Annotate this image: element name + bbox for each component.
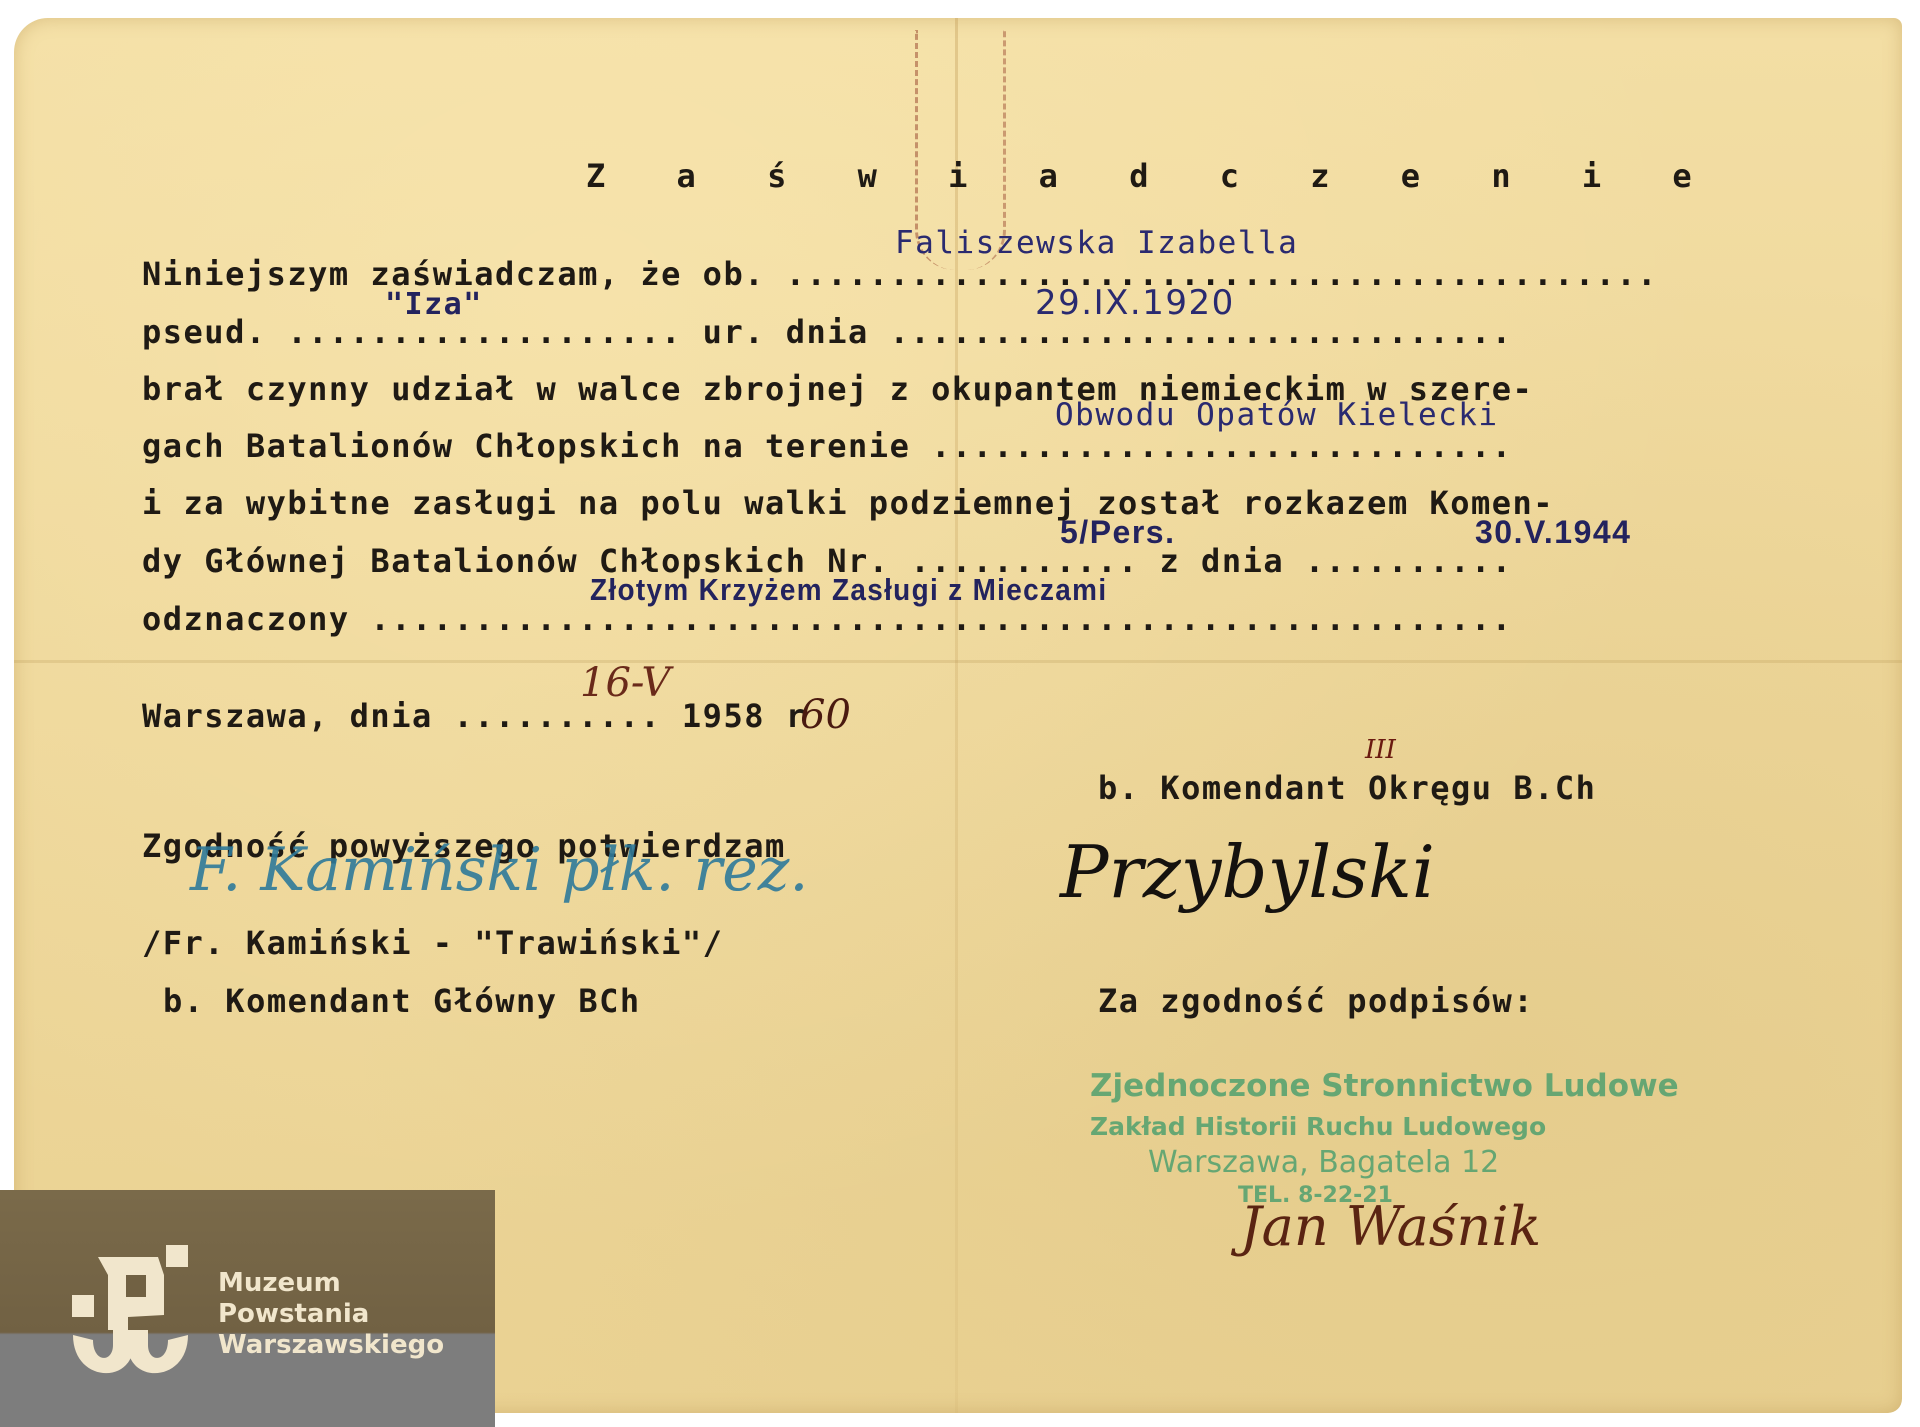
museum-name-line-3: Warszawskiego [218, 1330, 444, 1361]
museum-name-line-2: Powstania [218, 1299, 444, 1330]
line-1: Niniejszym zaświadczam, że ob. .........… [142, 258, 1658, 290]
museum-watermark: Muzeum Powstania Warszawskiego [0, 1190, 495, 1427]
left-role: b. Komendant Główny BCh [163, 985, 641, 1017]
left-name: /Fr. Kamiński - "Trawiński"/ [142, 927, 723, 959]
stamp-line-1: Zjednoczone Stronnictwo Ludowe [1090, 1068, 1679, 1104]
handwritten-year: 60 [800, 692, 851, 738]
museum-name: Muzeum Powstania Warszawskiego [218, 1268, 444, 1361]
place-date: Warszawa, dnia .......... 1958 r [142, 700, 807, 732]
left-signature: F. Kamiński płk. rez. [190, 835, 808, 905]
annotation-roman: III [1365, 735, 1396, 765]
stamp-line-2: Zakład Historii Ruchu Ludowego [1090, 1112, 1546, 1141]
stamp-signature: Jan Waśnik [1240, 1195, 1541, 1258]
kotwica-anchor-icon [68, 1245, 198, 1385]
line-4: gach Batalionów Chłopskich na terenie ..… [142, 430, 1513, 462]
right-signature: Przybylski [1060, 830, 1435, 914]
right-role: b. Komendant Okręgu B.Ch [1098, 772, 1596, 804]
document-title: Z a ś w i a d c z e n i e [586, 160, 1718, 192]
museum-name-line-1: Muzeum [218, 1268, 444, 1299]
stamp-line-3: Warszawa, Bagatela 12 [1148, 1145, 1499, 1180]
line-2: pseud. ................... ur. dnia ....… [142, 316, 1513, 348]
verification-label: Za zgodność podpisów: [1098, 985, 1534, 1017]
line-7: odznaczony .............................… [142, 603, 1513, 635]
line-5: i za wybitne zasługi na polu walki podzi… [142, 487, 1554, 519]
fold-line-horizontal [14, 660, 1902, 663]
handwritten-day: 16-V [580, 660, 670, 706]
